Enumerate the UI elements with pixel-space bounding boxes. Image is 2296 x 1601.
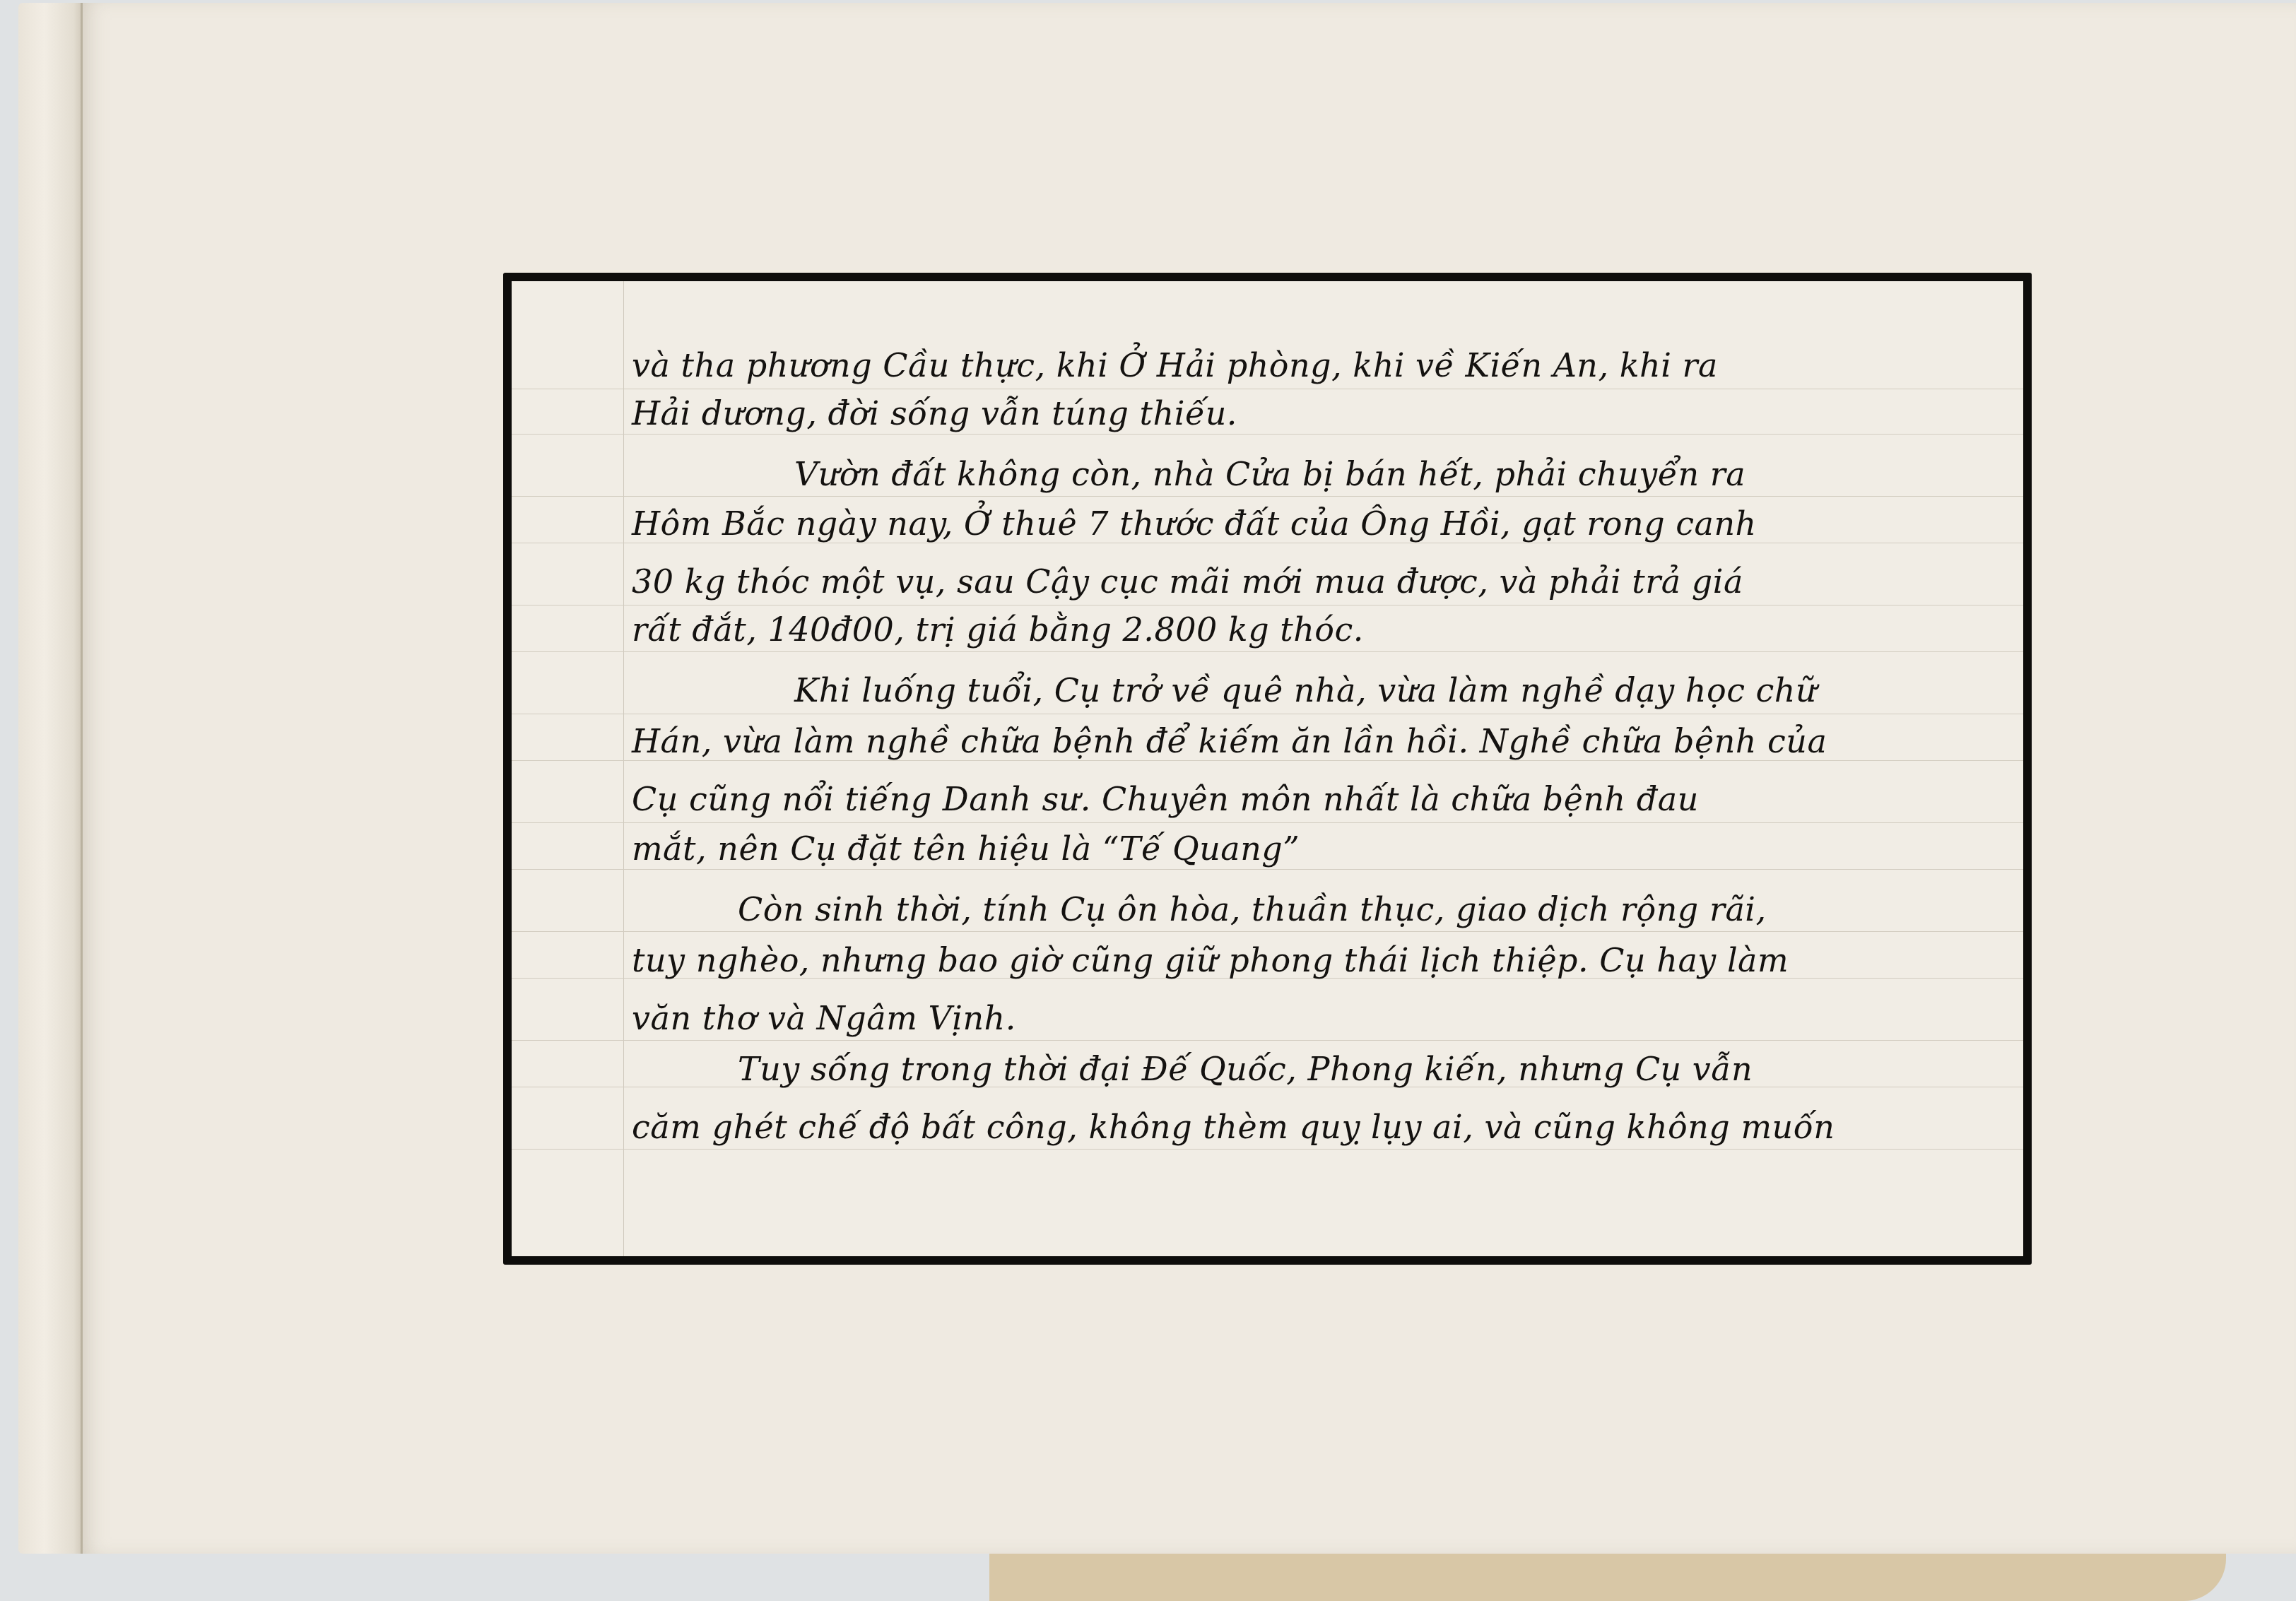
text-line: Còn sinh thời, tính Cụ ôn hòa, thuần thụ… xyxy=(632,890,2123,947)
margin-line xyxy=(623,281,624,1256)
text-line: Tuy sống trong thời đại Đế Quốc, Phong k… xyxy=(632,1050,2123,1106)
text-line: Hải dương, đời sống vẫn túng thiếu. xyxy=(632,394,2017,451)
text-line: căm ghét chế độ bất công, không thèm quỵ… xyxy=(632,1108,2017,1164)
text-line: Hôm Bắc ngày nay, Ở thuê 7 thước đất của… xyxy=(632,504,2017,561)
left-page-fold xyxy=(18,3,83,1554)
text-line: văn thơ và Ngâm Vịnh. xyxy=(632,999,2017,1056)
text-line: rất đắt, 140đ00, trị giá bằng 2.800 kg t… xyxy=(632,610,2017,667)
text-line: mắt, nên Cụ đặt tên hiệu là “Tế Quang” xyxy=(632,829,2017,886)
text-line: Hán, vừa làm nghề chữa bệnh để kiếm ăn l… xyxy=(632,722,2017,779)
text-frame: và tha phương Cầu thực, khi Ở Hải phòng,… xyxy=(503,273,2032,1265)
text-line: Vườn đất không còn, nhà Cửa bị bán hết, … xyxy=(632,455,2179,512)
text-line: Khi luống tuổi, Cụ trở về quê nhà, vừa l… xyxy=(632,671,2179,728)
binding-crease xyxy=(81,3,83,1554)
text-line: Cụ cũng nổi tiếng Danh sư. Chuyên môn nh… xyxy=(632,780,2017,837)
text-line: tuy nghèo, nhưng bao giờ cũng giữ phong … xyxy=(632,941,2017,998)
